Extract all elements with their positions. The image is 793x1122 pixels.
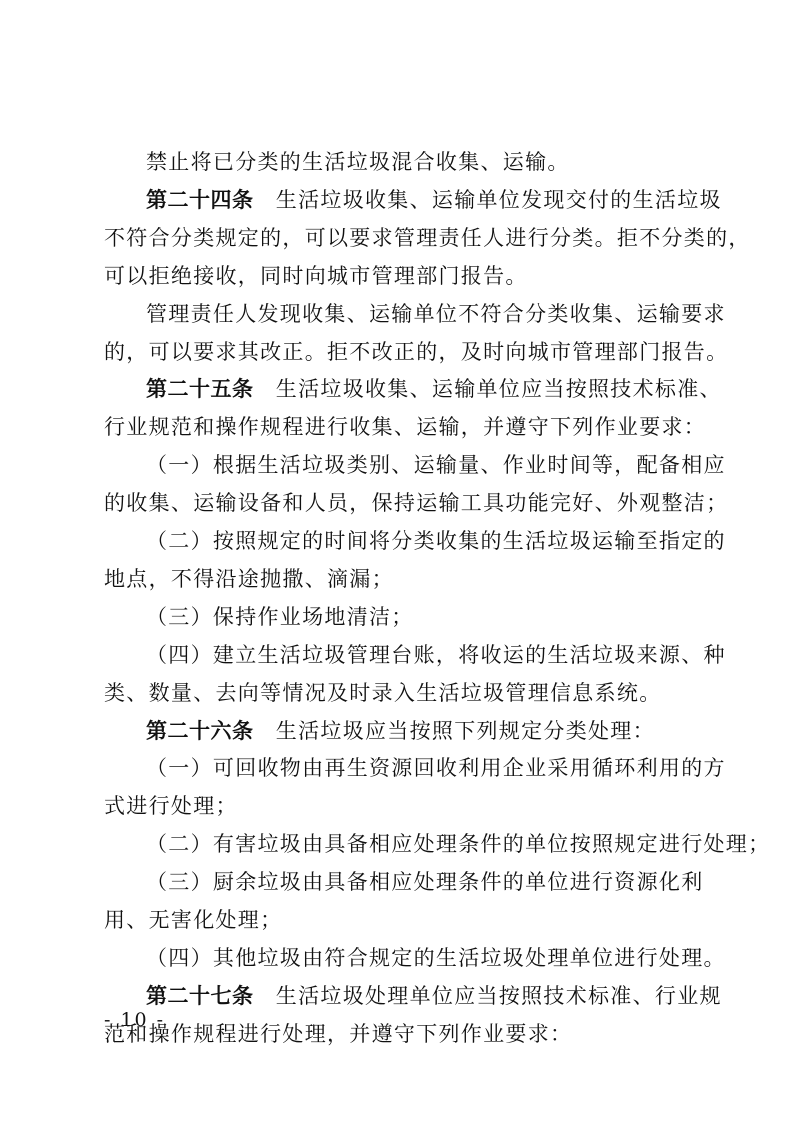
paragraph-line: （三）厨余垃圾由具备相应处理条件的单位进行资源化利 (146, 868, 694, 896)
line-text: 的，可以要求其改正。拒不改正的，及时向城市管理部门报告。 (104, 340, 728, 364)
paragraph-line: 禁止将已分类的生活垃圾混合收集、运输。 (146, 148, 694, 176)
line-text: （四）建立生活垃圾管理台账，将收运的生活垃圾来源、种 (146, 643, 726, 667)
paragraph-line: 管理责任人发现收集、运输单位不符合分类收集、运输要求 (146, 300, 694, 328)
line-text: 生活垃圾收集、运输单位应当按照技术标准、 (254, 377, 722, 401)
line-text: （二）有害垃圾由具备相应处理条件的单位按照规定进行处理； (146, 832, 770, 856)
article-heading-line: 第二十七条 生活垃圾处理单位应当按照技术标准、行业规 (146, 982, 694, 1010)
line-text: （三）厨余垃圾由具备相应处理条件的单位进行资源化利 (146, 870, 704, 894)
paragraph-line: 用、无害化处理； (104, 906, 694, 934)
paragraph-line: （二）有害垃圾由具备相应处理条件的单位按照规定进行处理； (146, 830, 694, 858)
article-heading-line: 第二十五条 生活垃圾收集、运输单位应当按照技术标准、 (146, 375, 694, 403)
line-text: 可以拒绝接收，同时向城市管理部门报告。 (104, 264, 528, 288)
article-heading-line: 第二十六条 生活垃圾应当按照下列规定分类处理： (146, 717, 694, 745)
line-text: 禁止将已分类的生活垃圾混合收集、运输。 (146, 150, 570, 174)
paragraph-line: 范和操作规程进行处理，并遵守下列作业要求： (104, 1020, 694, 1048)
article-number: 第二十四条 (146, 188, 254, 212)
line-text: 行业规范和操作规程进行收集、运输，并遵守下列作业要求： (104, 415, 706, 439)
line-text: 生活垃圾收集、运输单位发现交付的生活垃圾 (254, 188, 722, 212)
paragraph-line: 的，可以要求其改正。拒不改正的，及时向城市管理部门报告。 (104, 338, 694, 366)
paragraph-line: （四）其他垃圾由符合规定的生活垃圾处理单位进行处理。 (146, 944, 694, 972)
paragraph-line: 不符合分类规定的，可以要求管理责任人进行分类。拒不分类的， (104, 224, 694, 252)
line-text: 不符合分类规定的，可以要求管理责任人进行分类。拒不分类的， (104, 226, 751, 250)
line-text: 范和操作规程进行处理，并遵守下列作业要求： (104, 1022, 572, 1046)
document-page: 禁止将已分类的生活垃圾混合收集、运输。第二十四条 生活垃圾收集、运输单位发现交付… (0, 0, 793, 1122)
line-text: 用、无害化处理； (104, 908, 282, 932)
line-text: 管理责任人发现收集、运输单位不符合分类收集、运输要求 (146, 302, 726, 326)
line-text: 地点，不得沿途抛撒、滴漏； (104, 567, 394, 591)
line-text: 式进行处理； (104, 794, 238, 818)
article-heading-line: 第二十四条 生活垃圾收集、运输单位发现交付的生活垃圾 (146, 186, 694, 214)
paragraph-line: 可以拒绝接收，同时向城市管理部门报告。 (104, 262, 694, 290)
article-number: 第二十七条 (146, 984, 254, 1008)
paragraph-line: 类、数量、去向等情况及时录入生活垃圾管理信息系统。 (104, 679, 694, 707)
line-text: 类、数量、去向等情况及时录入生活垃圾管理信息系统。 (104, 681, 662, 705)
line-text: （三）保持作业场地清洁； (146, 605, 414, 629)
line-text: 生活垃圾处理单位应当按照技术标准、行业规 (254, 984, 722, 1008)
line-text: 生活垃圾应当按照下列规定分类处理： (254, 719, 655, 743)
article-number: 第二十五条 (146, 377, 254, 401)
line-text: （四）其他垃圾由符合规定的生活垃圾处理单位进行处理。 (146, 946, 726, 970)
line-text: 的收集、运输设备和人员，保持运输工具功能完好、外观整洁； (104, 491, 728, 515)
paragraph-line: （一）可回收物由再生资源回收利用企业采用循环利用的方 (146, 754, 694, 782)
paragraph-line: （四）建立生活垃圾管理台账，将收运的生活垃圾来源、种 (146, 641, 694, 669)
article-number: 第二十六条 (146, 719, 254, 743)
page-number: - 10 - (104, 1008, 165, 1032)
line-text: （一）根据生活垃圾类别、运输量、作业时间等，配备相应 (146, 453, 726, 477)
paragraph-line: 的收集、运输设备和人员，保持运输工具功能完好、外观整洁； (104, 489, 694, 517)
paragraph-line: （三）保持作业场地清洁； (146, 603, 694, 631)
line-text: （二）按照规定的时间将分类收集的生活垃圾运输至指定的 (146, 529, 726, 553)
paragraph-line: （二）按照规定的时间将分类收集的生活垃圾运输至指定的 (146, 527, 694, 555)
paragraph-line: 行业规范和操作规程进行收集、运输，并遵守下列作业要求： (104, 413, 694, 441)
line-text: （一）可回收物由再生资源回收利用企业采用循环利用的方 (146, 756, 726, 780)
paragraph-line: 式进行处理； (104, 792, 694, 820)
paragraph-line: （一）根据生活垃圾类别、运输量、作业时间等，配备相应 (146, 451, 694, 479)
paragraph-line: 地点，不得沿途抛撒、滴漏； (104, 565, 694, 593)
